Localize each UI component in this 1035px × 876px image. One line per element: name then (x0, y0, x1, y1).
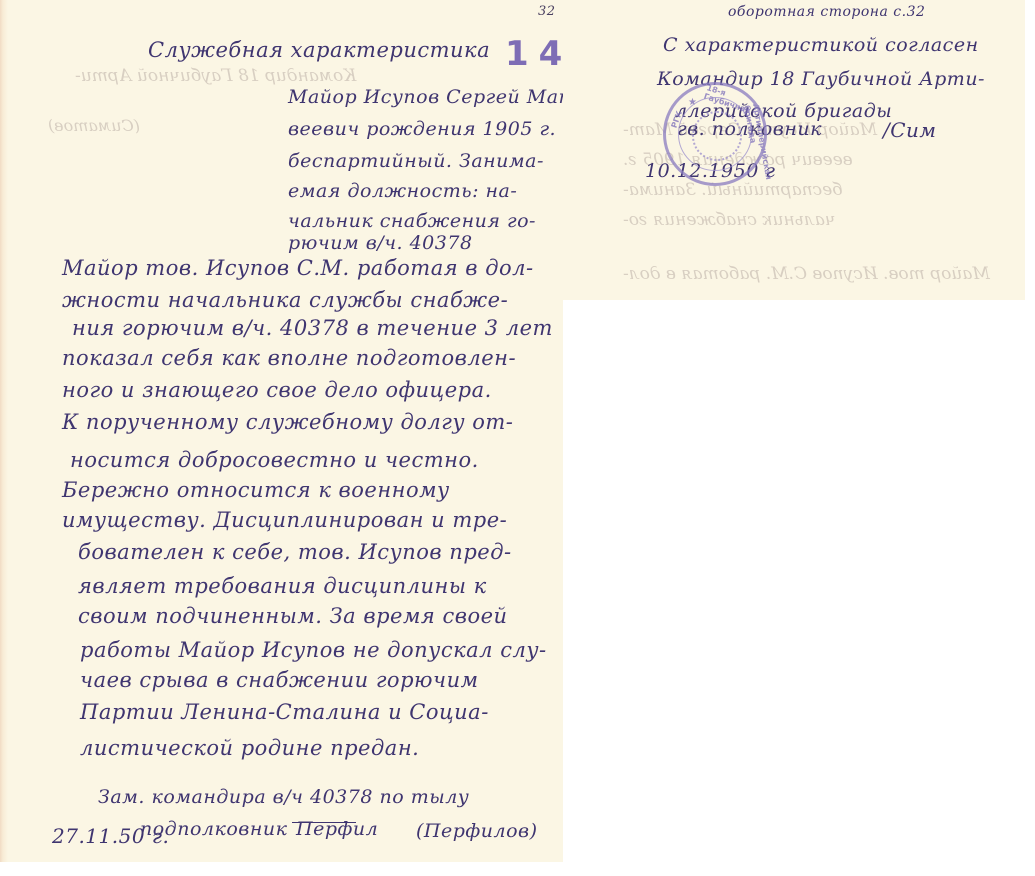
bleed-through-signature: (Симатов) (48, 116, 140, 135)
body-line: К порученному служебному долгу от- (62, 410, 513, 434)
bleed-through-text: беспартийный. Занима- (623, 180, 843, 200)
body-line: своим подчиненным. За время своей (78, 604, 508, 628)
subject-line: веевич рождения 1905 г. (288, 118, 556, 140)
body-line: показал себя как вполне подготовлен- (62, 346, 516, 370)
subject-line: беспартийный. Занима- (288, 150, 544, 172)
body-line: работы Майор Исупов не допускал слу- (80, 638, 547, 662)
subject-line: чальник снабжения го- (288, 210, 536, 232)
body-line: Партии Ленина-Сталина и Социа- (80, 700, 489, 724)
coat-of-arms-emblem (692, 111, 742, 161)
body-line: носится добросовестно и честно. (70, 448, 479, 472)
document-date: 27.11.50 г. (52, 824, 169, 848)
star-icon: ★ (688, 97, 697, 108)
approval-line: С характеристикой согласен (663, 34, 979, 56)
body-line: чаев срыва в снабжении горючим (80, 668, 479, 692)
official-seal-stamp: ★ 18-я Гаубичная Артиллерийская бригада … (663, 82, 767, 186)
signer-name: (Перфилов) (416, 820, 538, 842)
commander-signature: /Сим (883, 118, 937, 142)
reverse-side-header: оборотная сторона с.32 (728, 4, 925, 20)
body-line: Бережно относится к военному (62, 478, 450, 502)
bleed-through-text: чальник снабжения го- (623, 210, 835, 230)
bleed-through-text: Майор тов. Исупов С.М. работая в дол- (623, 264, 990, 284)
body-line: бователен к себе, тов. Исупов пред- (78, 540, 512, 564)
subject-line: Майор Исупов Сергей Мат- (288, 86, 584, 108)
signer-position: Зам. командира в/ч 40378 по тылу (98, 786, 469, 808)
page-number: 32 (538, 4, 556, 19)
signature-stroke (292, 822, 356, 823)
body-line: являет требования дисциплины к (78, 574, 487, 598)
body-line: ния горючим в/ч. 40378 в течение 3 лет (72, 316, 553, 340)
body-line: ного и знающего свое дело офицера. (62, 378, 492, 402)
body-line: листической родине предан. (80, 736, 419, 760)
document-page-reverse: Майор Исупов Сергей Мат- веевич рождения… (563, 0, 1025, 300)
subject-line: емая должность: на- (288, 180, 517, 202)
body-line: жности начальника службы снабже- (62, 288, 508, 312)
subject-line: рючим в/ч. 40378 (288, 232, 473, 254)
body-line: Майор тов. Исупов С.М. работая в дол- (62, 256, 534, 280)
body-line: имуществу. Дисциплинирован и тре- (62, 508, 507, 532)
bleed-through-text: Командир 18 Гаубичной Арти- (75, 66, 356, 86)
document-page-front: Командир 18 Гаубичной Арти- (Симатов) 32… (0, 0, 563, 862)
document-title: Служебная характеристика (148, 38, 490, 62)
